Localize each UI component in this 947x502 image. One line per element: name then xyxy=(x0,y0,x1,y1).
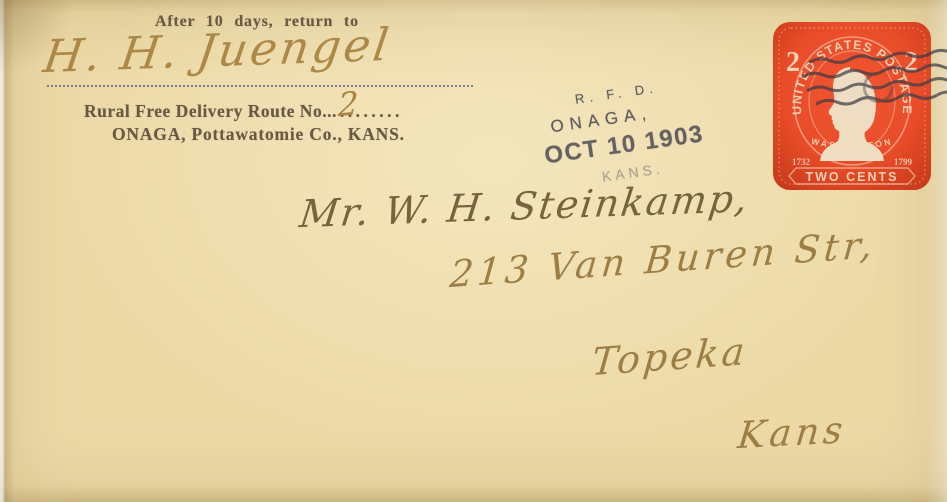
stamp-value-text: TWO CENTS xyxy=(806,170,899,184)
cancel-wavy-line-4 xyxy=(817,91,947,106)
route-number-handwriting: 2 xyxy=(337,84,359,124)
signature-dotted-rule xyxy=(47,72,473,87)
address-line-name: Mr. W. H. Steinkamp, xyxy=(297,176,752,236)
cancel-lines-graphic xyxy=(788,44,947,136)
cancel-wavy-line-1 xyxy=(810,50,947,65)
cancel-wavy-line-3 xyxy=(808,77,947,93)
address-line-street: 213 Van Buren Str, xyxy=(448,223,878,296)
cancel-wavy-line-2 xyxy=(803,63,947,79)
address-line-city: Topeka xyxy=(590,329,749,384)
rfd-postmark: R. F. D. ONAGA, OCT 10 1903 KANS. xyxy=(534,71,745,192)
route-label: Rural Free Delivery Route No.. xyxy=(84,101,332,121)
stamp-year-right: 1799 xyxy=(894,157,913,167)
cancellation-marks xyxy=(788,44,947,136)
address-line-state: Kans xyxy=(736,408,849,457)
stamp-year-left: 1732 xyxy=(792,157,811,167)
sender-city-line: ONAGA, Pottawatomie Co., KANS. xyxy=(112,124,405,145)
envelope-scan: After 10 days, return to H. H. Juengel R… xyxy=(0,0,947,502)
